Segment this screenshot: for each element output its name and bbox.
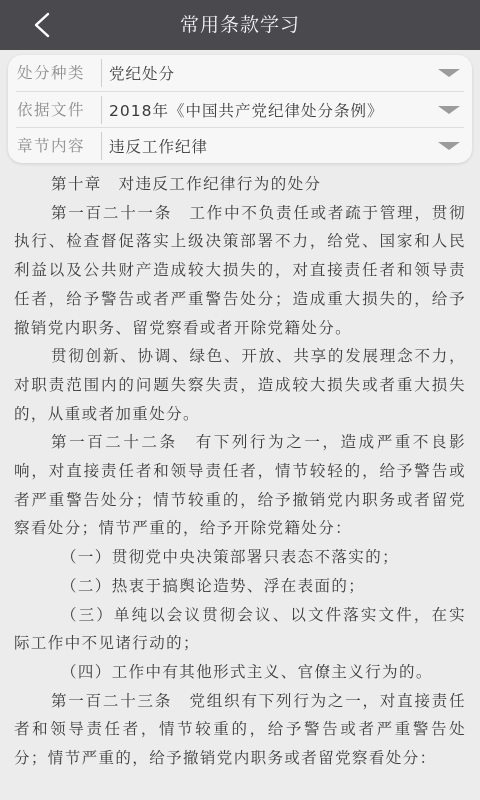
dropdown-triangle-icon[interactable] <box>438 142 460 150</box>
top-bar: 常用条款学习 <box>0 0 480 50</box>
filter-value: 党纪处分 <box>102 62 438 84</box>
article-content: 第十章 对违反工作纪律行为的处分 第一百二十一条 工作中不负责任或者疏于管理，贯… <box>14 170 466 773</box>
article-paragraph: 第一百二十一条 工作中不负责任或者疏于管理，贯彻执行、检查督促落实上级决策部署不… <box>14 199 466 343</box>
filter-label: 处分种类 <box>16 59 102 87</box>
article-paragraph: 第一百二十二条 有下列行为之一，造成严重不良影响，对直接责任者和领导责任者，情节… <box>14 428 466 543</box>
filter-basis-document[interactable]: 依据文件 2018年《中国共产党纪律处分条例》 <box>16 91 464 128</box>
filter-label: 章节内容 <box>16 132 102 160</box>
dropdown-triangle-icon[interactable] <box>438 106 460 114</box>
filter-card: 处分种类 党纪处分 依据文件 2018年《中国共产党纪律处分条例》 章节内容 违… <box>8 55 472 163</box>
article-paragraph: 第一百二十三条 党组织有下列行为之一，对直接责任者和领导责任者，情节较重的，给予… <box>14 687 466 773</box>
filter-chapter-content[interactable]: 章节内容 违反工作纪律 <box>16 127 464 164</box>
article-item: （四）工作中有其他形式主义、官僚主义行为的。 <box>14 658 466 687</box>
filter-value: 2018年《中国共产党纪律处分条例》 <box>102 99 438 121</box>
article-item: （三）单纯以会议贯彻会议、以文件落实文件，在实际工作中不见诸行动的； <box>14 601 466 658</box>
dropdown-triangle-icon[interactable] <box>438 69 460 77</box>
page-title: 常用条款学习 <box>0 0 480 50</box>
article-item: （一）贯彻党中央决策部署只表态不落实的； <box>14 543 466 572</box>
article-item: （二）热衷于搞舆论造势、浮在表面的； <box>14 572 466 601</box>
article-paragraph: 贯彻创新、协调、绿色、开放、共享的发展理念不力，对职责范围内的问题失察失责，造成… <box>14 342 466 428</box>
filter-value: 违反工作纪律 <box>102 135 438 157</box>
filter-punishment-type[interactable]: 处分种类 党纪处分 <box>16 55 464 91</box>
chapter-heading: 第十章 对违反工作纪律行为的处分 <box>14 170 466 199</box>
filter-label: 依据文件 <box>16 96 102 124</box>
